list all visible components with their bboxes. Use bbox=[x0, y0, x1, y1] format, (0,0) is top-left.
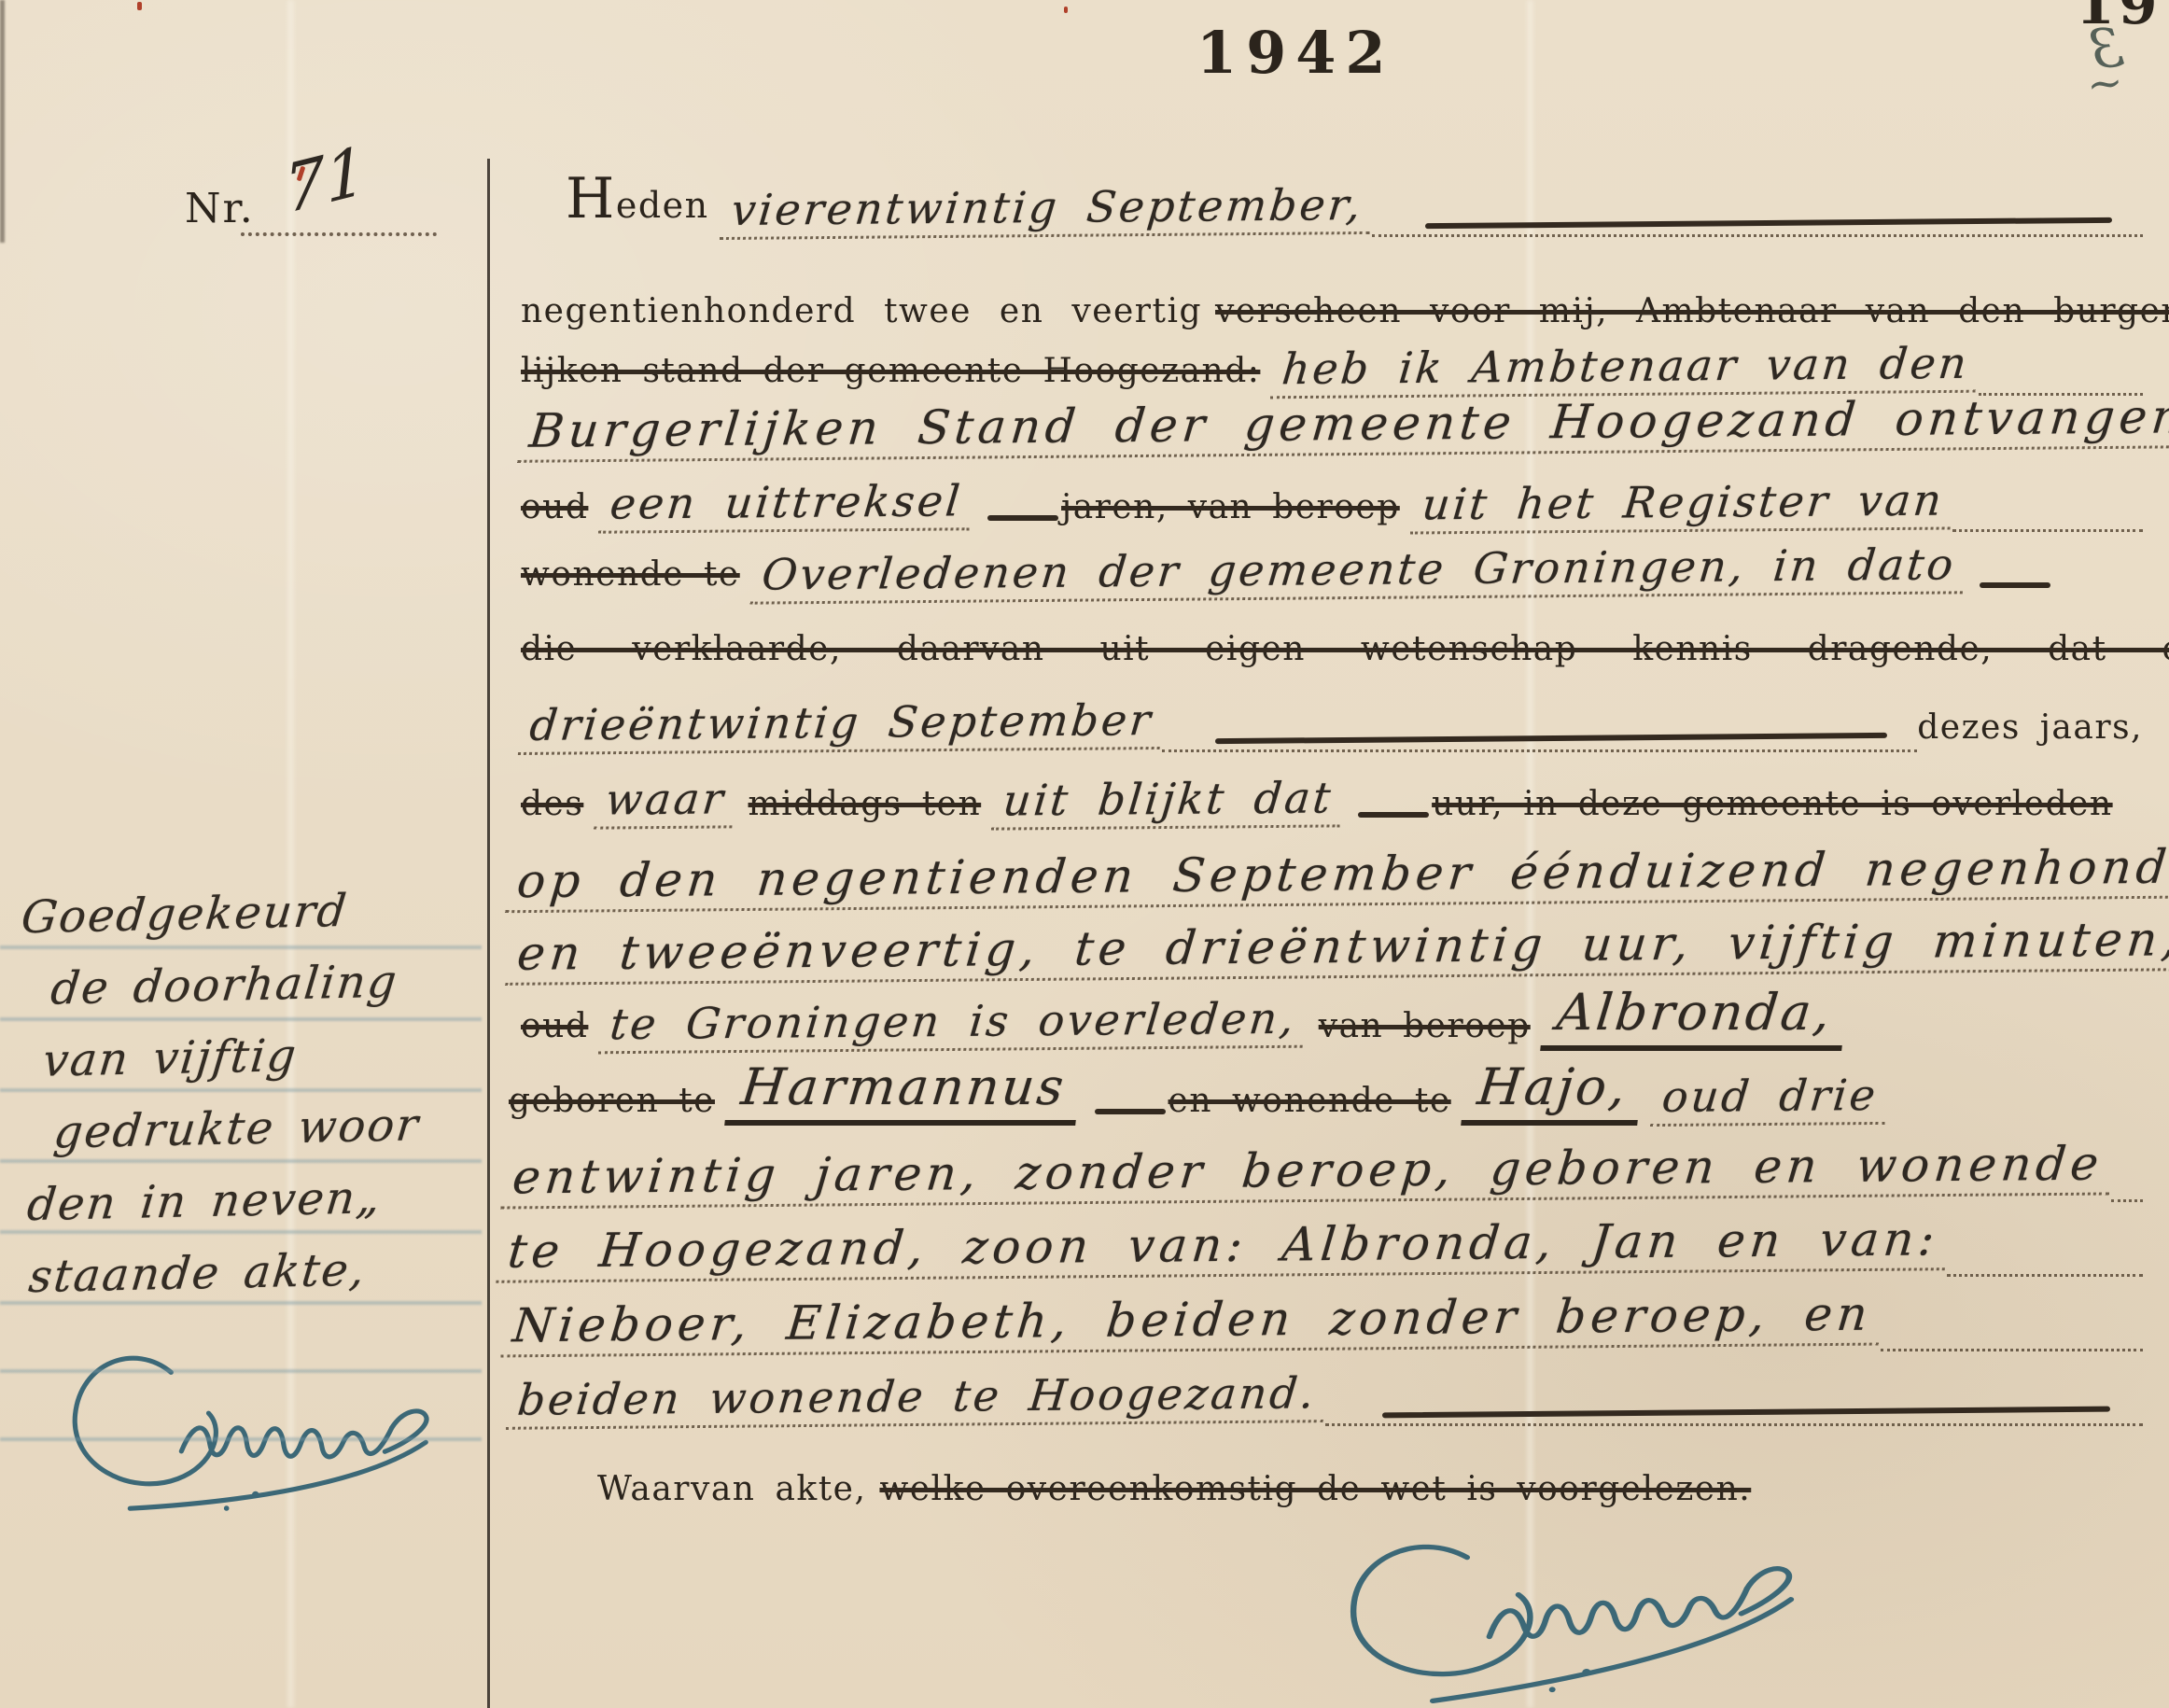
handwritten-name: Harmannus bbox=[724, 1057, 1082, 1126]
handwritten-text: vierentwintig September, bbox=[719, 179, 1374, 240]
handwritten-text: een uittreksel bbox=[598, 475, 974, 533]
handwritten-text: op den negentienden September éénduizend… bbox=[505, 839, 2169, 913]
printed-text-struck: van beroep bbox=[1319, 1007, 1531, 1051]
act-line: entwintig jaren, zonder beroep, geboren … bbox=[504, 1142, 2143, 1202]
handwritten-text: Nieboer, Elizabeth, beiden zonder beroep… bbox=[500, 1287, 1883, 1358]
pen-line bbox=[987, 515, 1058, 521]
printed-text-struck: die verklaarde, daarvan uit eigen wetens… bbox=[521, 630, 2169, 674]
blank-dotted-fill bbox=[1952, 490, 2143, 532]
printed-text-struck: oud bbox=[521, 1007, 588, 1051]
margin-note-line: den in neven„ bbox=[23, 1169, 492, 1252]
act-line: Nieboer, Elizabeth, beiden zonder beroep… bbox=[504, 1292, 2143, 1351]
pen-stroke-fill bbox=[1372, 195, 2143, 237]
pencil-guide-line bbox=[0, 1017, 482, 1021]
act-line: negentienhonderd twee en veertigverschee… bbox=[521, 276, 2143, 336]
printed-text: dezes jaars, bbox=[1917, 708, 2143, 752]
blank-dotted-fill bbox=[1881, 1309, 2143, 1351]
printed-text-struck: geboren te bbox=[509, 1082, 715, 1126]
pencil-guide-line bbox=[0, 1159, 482, 1163]
pen-stroke-fill bbox=[1325, 1384, 2143, 1426]
pencil-guide-line bbox=[0, 1437, 482, 1441]
pen-line bbox=[1425, 217, 2112, 229]
act-line: op den negentienden September éénduizend… bbox=[509, 846, 2143, 905]
margin-rule bbox=[487, 159, 490, 1708]
printed-text-struck: des bbox=[521, 785, 583, 829]
printed-text-struck: lijken stand der gemeente Hoogezand: bbox=[521, 352, 1260, 396]
margin-note-line: gedrukte woor bbox=[21, 1098, 490, 1180]
margin-note-line: de doorhaling bbox=[19, 954, 487, 1036]
pen-line bbox=[1095, 1109, 1166, 1114]
pen-line bbox=[1215, 733, 1887, 744]
act-line: Burgerlijken Stand der gemeente Hoogezan… bbox=[521, 396, 2143, 455]
handwritten-name: Albronda, bbox=[1540, 983, 1849, 1051]
pen-line bbox=[1382, 1407, 2110, 1419]
margin-note-line: van vijftig bbox=[20, 1026, 488, 1108]
act-line: drieëntwintig Septemberdezes jaars, bbox=[521, 693, 2143, 752]
printed-text: Waarvan akte, bbox=[597, 1470, 866, 1514]
corner-underline-mark: ~ bbox=[2084, 56, 2125, 110]
handwritten-text: en tweeënveertig, te drieëntwintig uur, … bbox=[505, 912, 2169, 986]
act-line: geboren teHarmannusen wonende teHajo,oud… bbox=[509, 1066, 2143, 1126]
pencil-guide-line bbox=[0, 1369, 482, 1373]
registrar-signature bbox=[1322, 1510, 1852, 1708]
pen-line bbox=[1358, 812, 1429, 818]
handwritten-text: Burgerlijken Stand der gemeente Hoogezan… bbox=[517, 389, 2169, 463]
handwritten-text: waar bbox=[594, 773, 737, 829]
act-line: beiden wonende te Hoogezand. bbox=[509, 1366, 2143, 1426]
printed-text-struck: jaren, van beroep bbox=[1061, 488, 1400, 532]
act-line: en tweeënveertig, te drieëntwintig uur, … bbox=[509, 918, 2143, 978]
act-line: oudte Groningen is overleden,van beroepA… bbox=[521, 991, 2143, 1051]
pen-dash bbox=[985, 493, 1061, 532]
handwritten-text: te Groningen is overleden, bbox=[598, 993, 1308, 1055]
handwritten-name: Hajo, bbox=[1461, 1057, 1644, 1126]
margin-note-line: staande akte, bbox=[24, 1241, 493, 1323]
handwritten-text: heb ik Ambtenaar van den bbox=[1270, 338, 1981, 399]
paper-edge-shadow bbox=[0, 0, 5, 243]
printed-text-struck: verscheen voor mij, Ambtenaar van den bu… bbox=[1215, 292, 2169, 336]
ink-speck bbox=[1064, 7, 1068, 13]
year-heading: 1942 bbox=[1196, 19, 1395, 87]
printed-text-struck: welke overeenkomstig de wet is voorgelez… bbox=[879, 1470, 1751, 1514]
printed-text-struck: uur, in deze gemeente is overleden bbox=[1432, 785, 2113, 829]
pen-dash bbox=[1092, 1086, 1168, 1126]
act-line: te Hoogezand, zoon van: Albronda, Jan en… bbox=[499, 1217, 2143, 1277]
pencil-guide-line bbox=[0, 1301, 482, 1305]
margin-note-line: Goedgekeurd bbox=[17, 882, 485, 964]
handwritten-text: Overledenen der gemeente Groningen, in d… bbox=[749, 539, 1966, 604]
handwritten-text: uit blijkt dat bbox=[991, 772, 1345, 830]
handwritten-text: entwintig jaren, zonder beroep, geboren … bbox=[500, 1136, 2115, 1209]
ink-speck bbox=[137, 2, 142, 10]
printed-text-struck: en wonende te bbox=[1168, 1082, 1451, 1126]
printed-text: negentienhonderd twee en veertig bbox=[521, 292, 1202, 336]
signature-flourish bbox=[69, 1354, 430, 1529]
blank-dotted-fill bbox=[1947, 1235, 2143, 1277]
act-line: deswaarmiddags tenuit blijkt datuur, in … bbox=[521, 769, 2143, 829]
act-line: wonende teOverledenen der gemeente Groni… bbox=[521, 539, 2143, 599]
handwritten-text: te Hoogezand, zoon van: Albronda, Jan en… bbox=[496, 1211, 1951, 1283]
act-line: oudeen uittrekseljaren, van beroepuit he… bbox=[521, 472, 2143, 532]
handwritten-text: beiden wonende te Hoogezand. bbox=[506, 1367, 1328, 1430]
handwritten-text: oud drie bbox=[1650, 1070, 1890, 1127]
printed-text-struck: middags ten bbox=[749, 785, 982, 829]
act-line: lijken stand der gemeente Hoogezand:heb … bbox=[521, 336, 2143, 396]
pen-dash bbox=[1355, 790, 1432, 829]
act-line: Hedenvierentwintig September, bbox=[566, 177, 2143, 237]
pen-line bbox=[1980, 582, 2050, 588]
pencil-guide-line bbox=[0, 945, 482, 949]
pen-stroke-fill bbox=[1162, 710, 1917, 752]
act-line: Waarvan akte,welke overeenkomstig de wet… bbox=[597, 1454, 2143, 1514]
printed-text: Heden bbox=[566, 166, 709, 237]
handwritten-text: uit het Register van bbox=[1410, 474, 1956, 534]
pen-dash bbox=[1977, 560, 2053, 599]
printed-text-struck: wonende te bbox=[521, 555, 740, 599]
act-line: die verklaarde, daarvan uit eigen wetens… bbox=[521, 614, 2143, 674]
printed-text-struck: oud bbox=[521, 488, 588, 532]
pencil-guide-line bbox=[0, 1230, 482, 1234]
handwritten-text: drieëntwintig September bbox=[518, 694, 1165, 755]
signature-flourish bbox=[1351, 1534, 1795, 1703]
pencil-guide-line bbox=[0, 1088, 482, 1092]
death-certificate-page: 1942 19 3 ~ Nr. 71 Hedenvierentwintig Se… bbox=[0, 0, 2169, 1708]
blank-dotted-fill bbox=[2111, 1160, 2143, 1202]
